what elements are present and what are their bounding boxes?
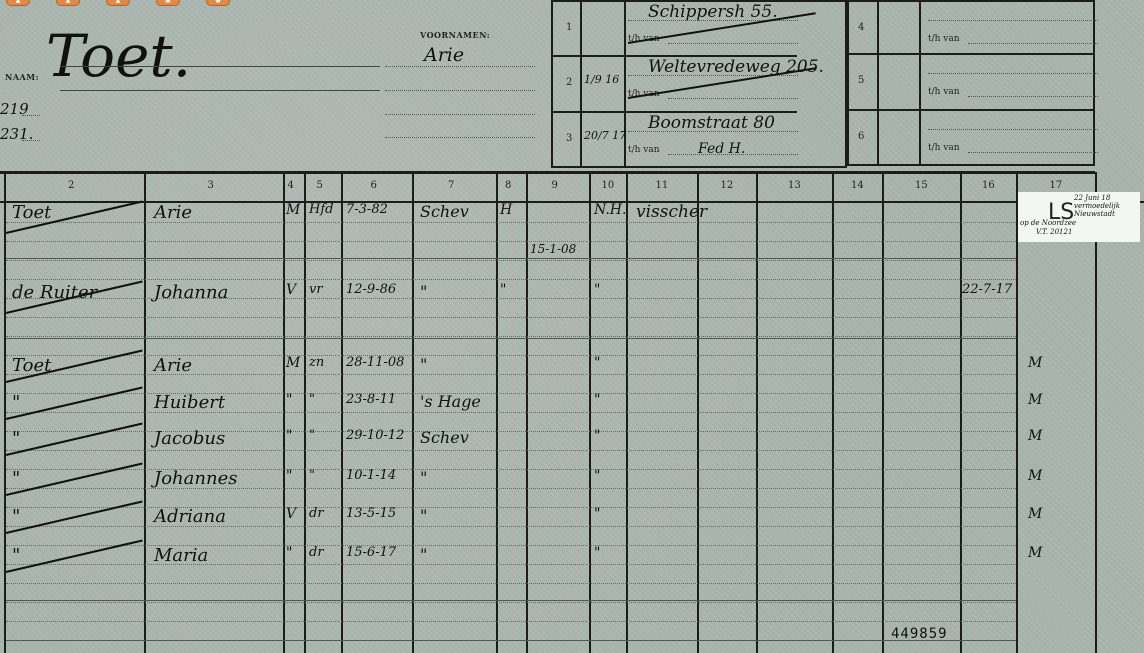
ref-dots-2 xyxy=(22,140,40,141)
cell-given: Arie xyxy=(154,355,192,376)
address-row-number: 6 xyxy=(858,131,864,142)
cell-col10: " xyxy=(594,428,600,444)
naam-line-1 xyxy=(60,66,380,67)
cell-col9: 15-1-08 xyxy=(530,242,576,256)
save-icon: ▣ xyxy=(157,0,179,4)
cell-relation: " xyxy=(309,392,315,407)
column-number: 10 xyxy=(602,180,615,191)
register-card: ▲ ▲ ▲ ▣ ● NAAM: Toet. 219 231. VOORNAMEN… xyxy=(0,0,1144,653)
cell-place: 's Hage xyxy=(420,392,481,411)
naam-label: NAAM: xyxy=(5,72,39,82)
address-dots xyxy=(928,129,1098,130)
via-dots xyxy=(968,43,1098,44)
section-rule xyxy=(6,258,1016,259)
column-number: 5 xyxy=(317,180,323,191)
address-street: Boomstraat 80 xyxy=(648,113,775,133)
cell-relation: " xyxy=(309,428,315,443)
cell-surname: Toet xyxy=(12,202,51,223)
section-rule xyxy=(6,640,1016,641)
annotation-label: LS 22 Juni 18 vermoedelijk Nieuwstadt op… xyxy=(1018,192,1140,242)
row-rule xyxy=(6,621,1016,622)
column-number: 17 xyxy=(1050,180,1063,191)
table-top-border xyxy=(0,171,1095,174)
cell-surname: " xyxy=(12,468,20,489)
row-rule xyxy=(6,583,1016,584)
address-street: Weltevredeweg 205. xyxy=(648,57,824,77)
via-value: Fed H. xyxy=(698,141,745,157)
address-row-number: 5 xyxy=(858,75,864,86)
cell-col10: " xyxy=(594,392,600,408)
cell-sex: " xyxy=(286,428,292,444)
column-number: 12 xyxy=(721,180,734,191)
cell-col10: " xyxy=(594,468,600,484)
tool-3-button[interactable]: ▲ xyxy=(106,0,130,6)
cell-given: Johannes xyxy=(154,468,237,489)
arrow-icon: ▲ xyxy=(7,0,29,4)
settings-icon: ● xyxy=(207,0,229,4)
surname-strike xyxy=(6,387,143,420)
via-label: t/h van xyxy=(928,143,960,153)
annotation-line-5: V.T. 20121 xyxy=(1036,228,1072,236)
cell-sex: V xyxy=(286,282,296,298)
cell-sex: V xyxy=(286,506,296,522)
cell-surname: " xyxy=(12,506,20,527)
address-box-right xyxy=(847,0,1095,166)
via-dots xyxy=(968,96,1098,97)
document-number: 449859 xyxy=(891,626,948,642)
cell-relation: zn xyxy=(309,355,324,370)
column-number: 14 xyxy=(851,180,864,191)
annotation-line-4: op de Noordzee xyxy=(1020,219,1076,227)
cell-birth: 10-1-14 xyxy=(346,468,396,483)
surname-strike xyxy=(6,463,143,496)
via-label: t/h van xyxy=(928,34,960,44)
cell-given: Adriana xyxy=(154,506,226,527)
via-label: t/h van xyxy=(628,145,660,155)
cell-place: " xyxy=(420,282,427,301)
voornamen-line-1 xyxy=(385,66,535,67)
cell-col17: M xyxy=(1028,392,1042,408)
cell-given: Huibert xyxy=(154,392,225,413)
voornamen-line-2 xyxy=(385,90,535,91)
column-divider xyxy=(1016,172,1018,653)
addr-div xyxy=(919,0,921,166)
tool-1-button[interactable]: ▲ xyxy=(6,0,30,6)
column-number: 4 xyxy=(288,180,294,191)
column-number: 13 xyxy=(788,180,801,191)
given-name: Arie xyxy=(424,44,464,66)
address-street: Schippersh 55. xyxy=(648,2,778,22)
address-date: 1/9 16 xyxy=(584,73,619,86)
column-number: 3 xyxy=(208,180,214,191)
ref-dots-1 xyxy=(22,115,40,116)
addr-row-line xyxy=(847,53,1095,55)
addr-div xyxy=(624,0,626,168)
via-label: t/h van xyxy=(928,87,960,97)
cell-place: " xyxy=(420,468,427,487)
cell-birth: 23-8-11 xyxy=(346,392,396,407)
cell-col17: M xyxy=(1028,468,1042,484)
annotation-line-2: vermoedelijk xyxy=(1074,202,1120,210)
column-number: 8 xyxy=(505,180,511,191)
naam-line-2 xyxy=(60,90,380,91)
addr-div xyxy=(877,0,879,166)
cell-place: " xyxy=(420,355,427,374)
via-dots xyxy=(668,98,798,99)
row-rule xyxy=(6,241,1016,242)
cell-given: Arie xyxy=(154,202,192,223)
cell-col10: " xyxy=(594,282,600,298)
cell-place: Schev xyxy=(420,202,469,221)
cell-birth: 13-5-15 xyxy=(346,506,396,521)
voornamen-line-4 xyxy=(385,137,535,138)
tool-5-button[interactable]: ● xyxy=(206,0,230,6)
cell-surname: " xyxy=(12,545,20,566)
voornamen-line-3 xyxy=(385,114,535,115)
cell-place: " xyxy=(420,506,427,525)
address-row-number: 3 xyxy=(566,133,572,144)
cell-relation: dr xyxy=(309,506,324,521)
address-dots xyxy=(928,20,1098,21)
via-dots xyxy=(668,43,798,44)
cell-col10: " xyxy=(594,506,600,522)
section-rule xyxy=(6,600,1016,601)
address-date: 20/7 17 xyxy=(584,129,626,142)
row-rule xyxy=(6,279,1016,280)
cell-occupation: visscher xyxy=(636,202,707,222)
cell-col10: N.H. xyxy=(594,202,626,218)
address-dots xyxy=(628,131,798,132)
cell-birth: 7-3-82 xyxy=(346,202,388,217)
column-number: 6 xyxy=(371,180,377,191)
voornamen-label: VOORNAMEN: xyxy=(420,30,490,40)
cell-sex: " xyxy=(286,392,292,408)
cell-col10: " xyxy=(594,355,600,371)
cell-religion: H xyxy=(500,202,512,218)
column-number: 16 xyxy=(982,180,995,191)
arrow-icon: ▲ xyxy=(57,0,79,4)
via-dots xyxy=(968,152,1098,153)
cell-relation: " xyxy=(309,468,315,483)
annotation-line-1: 22 Juni 18 xyxy=(1074,194,1110,202)
cell-sex: M xyxy=(286,202,300,218)
cell-relation: Hfd xyxy=(309,202,333,217)
section-rule xyxy=(6,338,1016,339)
row-rule xyxy=(6,336,1016,337)
column-number: 9 xyxy=(552,180,558,191)
cell-sex: " xyxy=(286,468,292,484)
addr-row-line xyxy=(847,109,1095,111)
column-number: 7 xyxy=(448,180,454,191)
column-number: 2 xyxy=(68,180,74,191)
cell-col17: M xyxy=(1028,506,1042,522)
cell-col17: M xyxy=(1028,545,1042,561)
cell-birth: 29-10-12 xyxy=(346,428,404,443)
address-dots xyxy=(928,73,1098,74)
cell-col17: M xyxy=(1028,355,1042,371)
cell-col17: M xyxy=(1028,428,1042,444)
cell-given: Johanna xyxy=(154,282,228,303)
addr-div xyxy=(580,0,582,168)
cell-given: Maria xyxy=(154,545,208,566)
cell-birth: 15-6-17 xyxy=(346,545,396,560)
row-rule xyxy=(6,260,1016,261)
cell-relation: vr xyxy=(309,282,323,297)
row-rule xyxy=(6,317,1016,318)
cell-place: Schev xyxy=(420,428,469,447)
arrow-icon: ▲ xyxy=(107,0,129,4)
column-number: 11 xyxy=(656,180,669,191)
row-rule xyxy=(6,602,1016,603)
cell-religion: " xyxy=(500,282,506,298)
annotation-line-3: Nieuwstadt xyxy=(1074,210,1115,218)
surname-heading: Toet. xyxy=(46,22,191,90)
cell-col10: " xyxy=(594,545,600,561)
row-rule xyxy=(6,450,1016,451)
cell-birth: 28-11-08 xyxy=(346,355,404,370)
surname-strike xyxy=(6,501,143,534)
column-divider xyxy=(1095,172,1097,653)
address-row-number: 1 xyxy=(566,22,572,33)
cell-relation: dr xyxy=(309,545,324,560)
cell-sex: M xyxy=(286,355,300,371)
tool-4-button[interactable]: ▣ xyxy=(156,0,180,6)
cell-surname: " xyxy=(12,428,20,449)
cell-sex: " xyxy=(286,545,292,561)
tool-2-button[interactable]: ▲ xyxy=(56,0,80,6)
column-number: 15 xyxy=(915,180,928,191)
address-row-number: 4 xyxy=(858,22,864,33)
cell-place: " xyxy=(420,545,427,564)
address-row-number: 2 xyxy=(566,77,572,88)
cell-birth: 12-9-86 xyxy=(346,282,396,297)
cell-surname: " xyxy=(12,392,20,413)
cell-given: Jacobus xyxy=(154,428,225,449)
cell-col16: 22-7-17 xyxy=(962,282,1012,297)
